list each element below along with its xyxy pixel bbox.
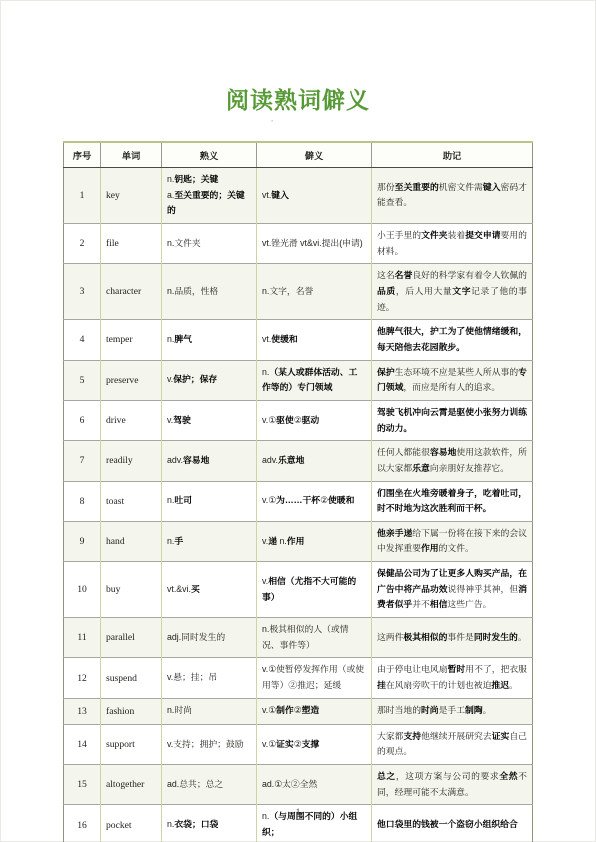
table-row: 5preservev.保护；保存n.（某人或群体活动、工作等的）专门领域保护生态… (64, 360, 533, 400)
cell-familiar-meaning: n.时尚 (162, 698, 257, 724)
cell-rare-meaning: n.文字，名誉 (257, 264, 372, 320)
column-header: 僻义 (257, 142, 372, 168)
table-row: 14supportv.支持；拥护；鼓励v.①证实②支撑大家都支持他继续开展研究去… (64, 724, 533, 764)
cell-familiar-meaning: n.吐司 (162, 481, 257, 521)
cell-index: 3 (64, 264, 101, 320)
cell-word: parallel (101, 618, 162, 658)
table-row: 3charactern.品质，性格n.文字，名誉这名名誉良好的科学家有着令人钦佩… (64, 264, 533, 320)
cell-word: preserve (101, 360, 162, 400)
cell-rare-meaning: n.（某人或群体活动、工作等的）专门领域 (257, 360, 372, 400)
cell-word: fashion (101, 698, 162, 724)
cell-familiar-meaning: n.品质，性格 (162, 264, 257, 320)
cell-familiar-meaning: vt.&vi.买 (162, 562, 257, 618)
cell-index: 13 (64, 698, 101, 724)
page-title: 阅读熟词僻义 (0, 0, 596, 115)
cell-rare-meaning: n.极其相似的人（或情况、事件等） (257, 618, 372, 658)
cell-mnemonic: 们围坐在火堆旁暖着身子，吃着吐司，时不时地为这次胜利而干杯。 (372, 481, 533, 521)
vocab-table: 序号单词熟义僻义助记 1keyn.钥匙；关键a.至关重要的；关键的vt.键入那份… (63, 141, 533, 842)
cell-familiar-meaning: adv.容易地 (162, 441, 257, 481)
cell-familiar-meaning: adj.同时发生的 (162, 618, 257, 658)
table-row: 11paralleladj.同时发生的n.极其相似的人（或情况、事件等）这两件极… (64, 618, 533, 658)
cell-rare-meaning: v.递 n.作用 (257, 521, 372, 561)
cell-index: 7 (64, 441, 101, 481)
cell-rare-meaning: vt.使缓和 (257, 320, 372, 360)
cell-word: suspend (101, 658, 162, 698)
cell-rare-meaning: v.①证实②支撑 (257, 724, 372, 764)
cell-word: readily (101, 441, 162, 481)
cell-mnemonic: 驾驶飞机冲向云霄是驱使小张努力训练的动力。 (372, 400, 533, 440)
cell-index: 12 (64, 658, 101, 698)
table-row: 10buyvt.&vi.买v.相信（尤指不大可能的事）保健品公司为了让更多人购买… (64, 562, 533, 618)
cell-index: 14 (64, 724, 101, 764)
cell-rare-meaning: vt.锉光滑 vt&vi.提出(申请) (257, 223, 372, 263)
cell-mnemonic: 由于停电让电风扇暂时用不了，把衣服挂在风扇旁吹干的计划也被迫推迟。 (372, 658, 533, 698)
cell-word: altogether (101, 765, 162, 805)
cell-rare-meaning: ad.①太②全然 (257, 765, 372, 805)
cell-familiar-meaning: n.文件夹 (162, 223, 257, 263)
table-row: 7readilyadv.容易地adv.乐意地任何人都能很容易地使用这款软件，所以… (64, 441, 533, 481)
cell-index: 4 (64, 320, 101, 360)
cell-mnemonic: 这名名誉良好的科学家有着令人钦佩的品质，后人用大量文字记录了他的事迹。 (372, 264, 533, 320)
cell-mnemonic: 小王手里的文件夹装着提交申请要用的材料。 (372, 223, 533, 263)
cell-word: temper (101, 320, 162, 360)
cell-familiar-meaning: n.钥匙；关键a.至关重要的；关键的 (162, 168, 257, 224)
cell-rare-meaning: v.①驱使②驱动 (257, 400, 372, 440)
cell-index: 10 (64, 562, 101, 618)
cell-word: key (101, 168, 162, 224)
cell-rare-meaning: adv.乐意地 (257, 441, 372, 481)
cell-mnemonic: 保护生态环境不应是某些人所从事的专门领域，而应是所有人的追求。 (372, 360, 533, 400)
cell-rare-meaning: v.相信（尤指不大可能的事） (257, 562, 372, 618)
cell-mnemonic: 这两件极其相似的事件是同时发生的。 (372, 618, 533, 658)
cell-mnemonic: 大家都支持他继续开展研究去证实自己的观点。 (372, 724, 533, 764)
cell-mnemonic: 保健品公司为了让更多人购买产品，在广告中将产品功效说得神乎其神，但消费者似乎并不… (372, 562, 533, 618)
cell-familiar-meaning: n.手 (162, 521, 257, 561)
cell-word: support (101, 724, 162, 764)
cell-index: 8 (64, 481, 101, 521)
cell-index: 9 (64, 521, 101, 561)
table-row: 8toastn.吐司v.①为……干杯②使暖和们围坐在火堆旁暖着身子，吃着吐司，时… (64, 481, 533, 521)
cell-familiar-meaning: v.支持；拥护；鼓励 (162, 724, 257, 764)
cell-mnemonic: 任何人都能很容易地使用这款软件，所以大家都乐意向亲朋好友推荐它。 (372, 441, 533, 481)
table-header-row: 序号单词熟义僻义助记 (64, 142, 533, 168)
cell-rare-meaning: v.①使暂停发挥作用（或使用等）②推迟；延缓 (257, 658, 372, 698)
column-header: 助记 (372, 142, 533, 168)
column-header: 熟义 (162, 142, 257, 168)
cell-index: 1 (64, 168, 101, 224)
table-row: 13fashionn.时尚v.①制作②塑造那时当地的时尚是手工制陶。 (64, 698, 533, 724)
cell-word: hand (101, 521, 162, 561)
cell-word: toast (101, 481, 162, 521)
page-number: 1 (0, 808, 596, 818)
cell-familiar-meaning: v.驾驶 (162, 400, 257, 440)
cell-index: 11 (64, 618, 101, 658)
cell-word: character (101, 264, 162, 320)
cell-mnemonic: 总之，这项方案与公司的要求全然不同，经理可能不太满意。 (372, 765, 533, 805)
cell-mnemonic: 他脾气很大，护工为了使他情绪缓和，每天陪他去花园散步。 (372, 320, 533, 360)
cell-rare-meaning: v.①制作②塑造 (257, 698, 372, 724)
cell-word: drive (101, 400, 162, 440)
cell-familiar-meaning: v.保护；保存 (162, 360, 257, 400)
table-row: 15altogetherad.总共；总之ad.①太②全然总之，这项方案与公司的要… (64, 765, 533, 805)
cell-mnemonic: 那份至关重要的机密文件需键入密码才能查看。 (372, 168, 533, 224)
cell-mnemonic: 他亲手递给下属一份将在接下来的会议中发挥重要作用的文件。 (372, 521, 533, 561)
cell-word: file (101, 223, 162, 263)
column-header: 单词 (101, 142, 162, 168)
cell-index: 2 (64, 223, 101, 263)
cell-index: 5 (64, 360, 101, 400)
cell-index: 15 (64, 765, 101, 805)
cell-familiar-meaning: ad.总共；总之 (162, 765, 257, 805)
cell-familiar-meaning: n.脾气 (162, 320, 257, 360)
column-header: 序号 (64, 142, 101, 168)
cell-index: 6 (64, 400, 101, 440)
cell-mnemonic: 那时当地的时尚是手工制陶。 (372, 698, 533, 724)
cell-rare-meaning: vt.键入 (257, 168, 372, 224)
table-row: 6drivev.驾驶v.①驱使②驱动驾驶飞机冲向云霄是驱使小张努力训练的动力。 (64, 400, 533, 440)
table-row: 4tempern.脾气vt.使缓和他脾气很大，护工为了使他情绪缓和，每天陪他去花… (64, 320, 533, 360)
cell-familiar-meaning: v.悬；挂；吊 (162, 658, 257, 698)
cell-word: buy (101, 562, 162, 618)
table-row: 9handn.手v.递 n.作用他亲手递给下属一份将在接下来的会议中发挥重要作用… (64, 521, 533, 561)
table-row: 1keyn.钥匙；关键a.至关重要的；关键的vt.键入那份至关重要的机密文件需键… (64, 168, 533, 224)
document-page: 阅读熟词僻义 ' 序号单词熟义僻义助记 1keyn.钥匙；关键a.至关重要的；关… (0, 0, 596, 842)
table-row: 2filen.文件夹vt.锉光滑 vt&vi.提出(申请)小王手里的文件夹装着提… (64, 223, 533, 263)
cell-rare-meaning: v.①为……干杯②使暖和 (257, 481, 372, 521)
caption-mark: ' (0, 120, 570, 130)
table-row: 12suspendv.悬；挂；吊v.①使暂停发挥作用（或使用等）②推迟；延缓由于… (64, 658, 533, 698)
